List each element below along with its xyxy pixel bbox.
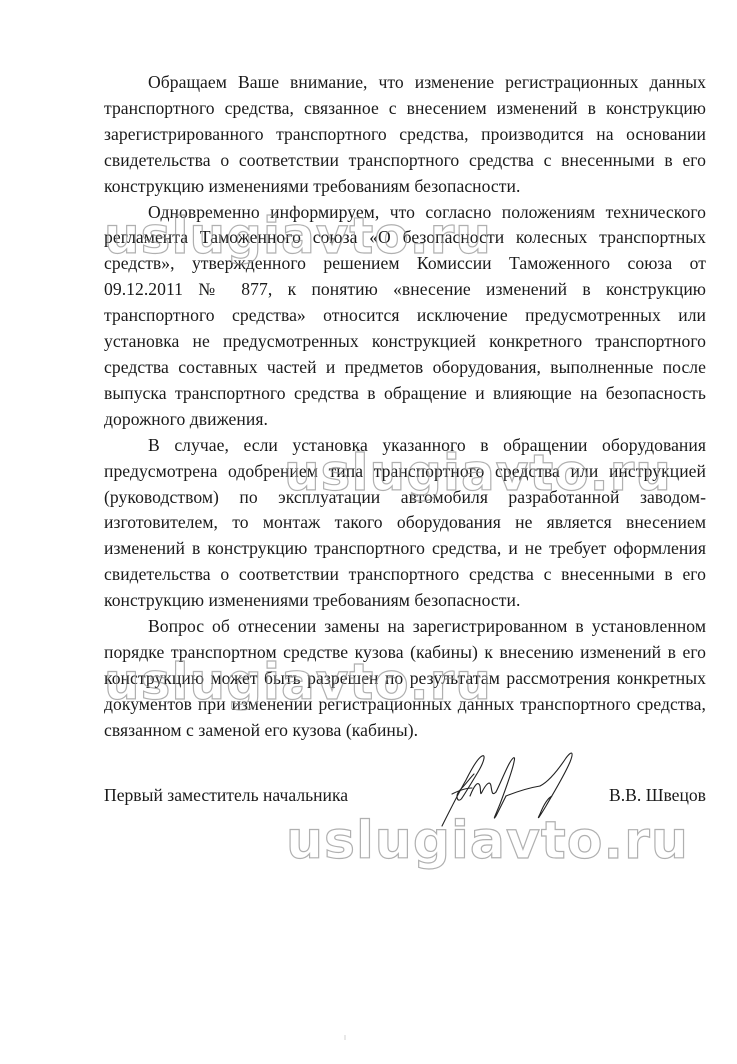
document-page: Обращаем Ваше внимание, что изменение ре… <box>0 0 737 1064</box>
paragraph-registration-changes: Обращаем Ваше внимание, что изменение ре… <box>104 70 706 200</box>
letter-body: Обращаем Ваше внимание, что изменение ре… <box>104 70 706 744</box>
scan-artifact <box>344 1035 346 1040</box>
paragraph-equipment-installation: В случае, если установка указанного в об… <box>104 433 706 614</box>
paragraph-technical-regulation: Одновременно информируем, что согласно п… <box>104 200 706 433</box>
signature-block: Первый заместитель начальника В.В. Швецо… <box>104 783 706 809</box>
handwritten-signature-icon <box>436 748 578 830</box>
paragraph-body-replacement: Вопрос об отнесении замены на зарегистри… <box>104 614 706 744</box>
signatory-title: Первый заместитель начальника <box>104 783 348 807</box>
signatory-name: В.В. Швецов <box>609 783 706 807</box>
